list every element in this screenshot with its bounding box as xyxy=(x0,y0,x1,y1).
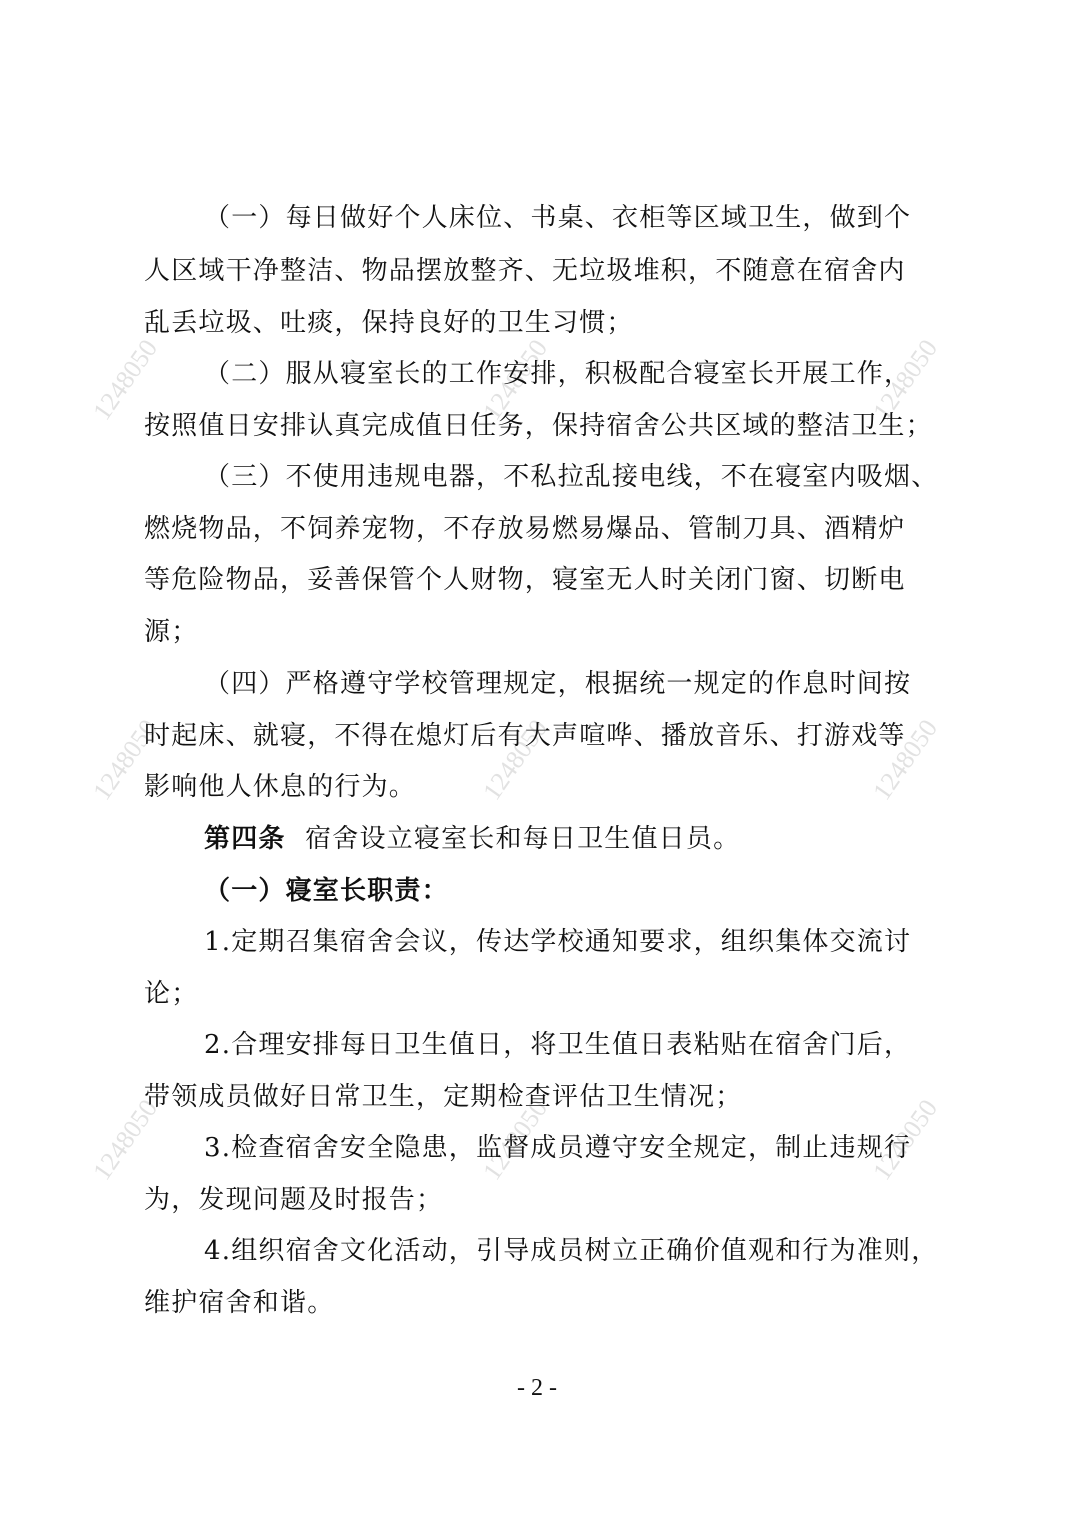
duty-line: 3.检查宿舍安全隐患，监督成员遵守安全规定，制止违规行 xyxy=(204,1133,911,1163)
paragraph-line: 人区域干净整洁、物品摆放整齐、无垃圾堆积，不随意在宿舍内 xyxy=(144,256,906,286)
duty-line: 带领成员做好日常卫生，定期检查评估卫生情况； xyxy=(144,1082,742,1112)
duty-line: 4.组织宿舍文化活动，引导成员树立正确价值观和行为准则， xyxy=(204,1236,938,1266)
duty-line: 论； xyxy=(144,979,198,1009)
article-heading: 第四条 xyxy=(204,824,286,854)
paragraph-line: 按照值日安排认真完成值日任务，保持宿舍公共区域的整洁卫生； xyxy=(144,411,933,441)
paragraph-line: （二）服从寝室长的工作安排，积极配合寝室长开展工作， xyxy=(204,359,911,389)
paragraph-line: 源； xyxy=(144,617,198,647)
paragraph-line: 乱丢垃圾、吐痰，保持良好的卫生习惯； xyxy=(144,308,634,338)
paragraph-line: （三）不使用违规电器，不私拉乱接电线，不在寝室内吸烟、 xyxy=(204,462,938,492)
paragraph-line: （四）严格遵守学校管理规定，根据统一规定的作息时间按 xyxy=(204,669,911,699)
paragraph-line: 等危险物品，妥善保管个人财物，寝室无人时关闭门窗、切断电 xyxy=(144,565,906,595)
duty-line: 2.合理安排每日卫生值日，将卫生值日表粘贴在宿舍门后， xyxy=(204,1030,911,1060)
section-heading: （一）寝室长职责： xyxy=(204,876,449,906)
duty-line: 维护宿舍和谐。 xyxy=(144,1288,334,1318)
paragraph-line: 时起床、就寝，不得在熄灯后有大声喧哗、播放音乐、打游戏等 xyxy=(144,721,906,751)
paragraph-line: 燃烧物品，不饲养宠物，不存放易燃易爆品、管制刀具、酒精炉 xyxy=(144,514,906,544)
paragraph-line: 影响他人休息的行为。 xyxy=(144,772,416,802)
document-page: 1248050 1248050 1248050 1248050 1248050 … xyxy=(0,0,1074,1520)
article-text: 宿舍设立寝室长和每日卫生值日员。 xyxy=(305,824,740,854)
duty-line: 1.定期召集宿舍会议，传达学校通知要求，组织集体交流讨 xyxy=(204,927,911,957)
duty-line: 为，发现问题及时报告； xyxy=(144,1185,443,1215)
article-4: 第四条 宿舍设立寝室长和每日卫生值日员。 xyxy=(204,824,740,854)
paragraph-line: （一）每日做好个人床位、书桌、衣柜等区域卫生，做到个 xyxy=(204,203,911,233)
page-number: - 2 - xyxy=(0,1375,1074,1402)
